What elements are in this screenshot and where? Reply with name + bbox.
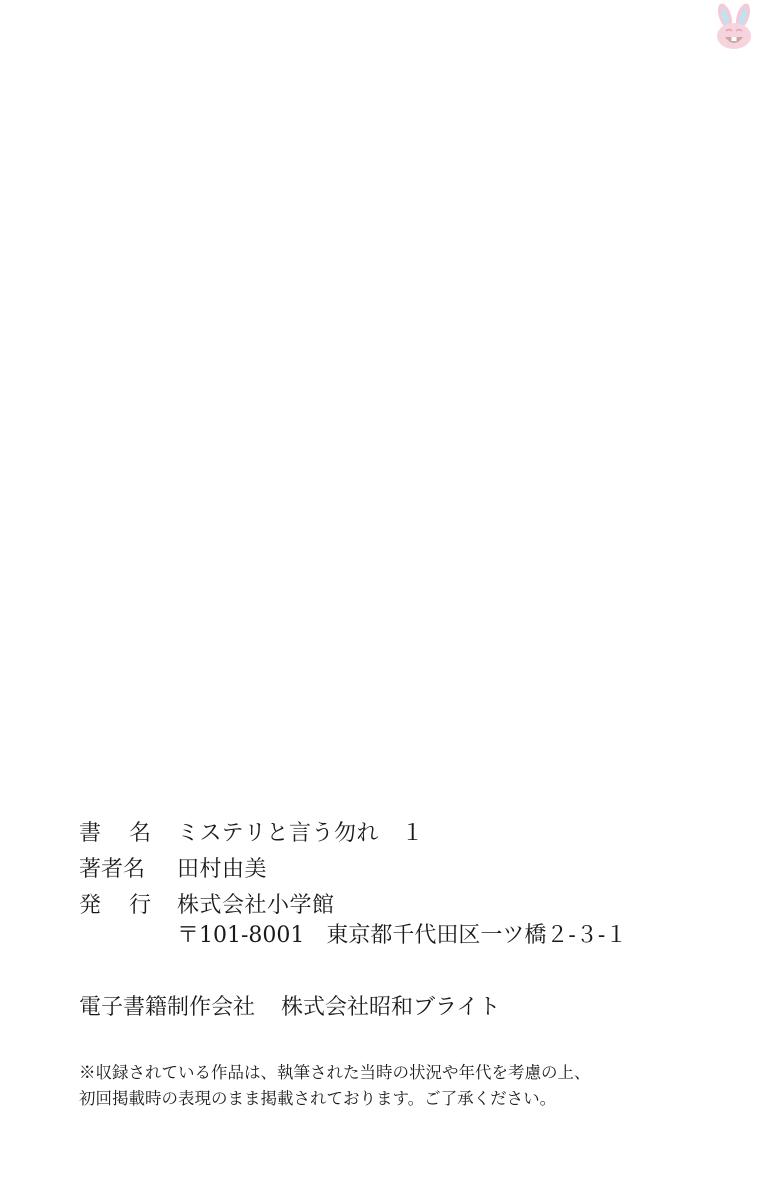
title-row: 書 名 ミステリと言う勿れ １: [79, 813, 424, 849]
author-name: 田村由美: [177, 852, 267, 883]
book-title: ミステリと言う勿れ １: [177, 816, 424, 847]
publisher-label-char: 行: [129, 888, 151, 919]
disclaimer-note: ※収録されている作品は、執筆された当時の状況や年代を考慮の上、 初回掲載時の表現…: [79, 1060, 591, 1112]
note-line-2: 初回掲載時の表現のまま掲載されております。ご了承ください。: [79, 1086, 591, 1112]
publisher-name: 株式会社小学館: [177, 888, 335, 919]
title-label-char: 名: [129, 816, 151, 847]
bunny-logo-icon: [714, 2, 754, 52]
publisher-label-char: 発: [79, 888, 101, 919]
colophon: 書 名 ミステリと言う勿れ １ 著者名 田村由美 発 行 株式会社小学館: [79, 813, 424, 921]
ebook-producer: 電子書籍制作会社株式会社昭和ブライト: [79, 990, 500, 1026]
publisher-row: 発 行 株式会社小学館: [79, 885, 424, 921]
title-label: 書 名: [79, 816, 151, 847]
publisher-label: 発 行: [79, 888, 151, 919]
title-label-char: 書: [79, 816, 101, 847]
publisher-address: 〒101‐8001 東京都千代田区一ツ橋２‐３‐１: [177, 918, 627, 954]
author-row: 著者名 田村由美: [79, 849, 424, 885]
producer-name: 株式会社昭和ブライト: [281, 995, 500, 1020]
producer-label: 電子書籍制作会社: [79, 995, 255, 1020]
note-line-1: ※収録されている作品は、執筆された当時の状況や年代を考慮の上、: [79, 1060, 591, 1086]
author-label: 著者名: [79, 852, 177, 883]
